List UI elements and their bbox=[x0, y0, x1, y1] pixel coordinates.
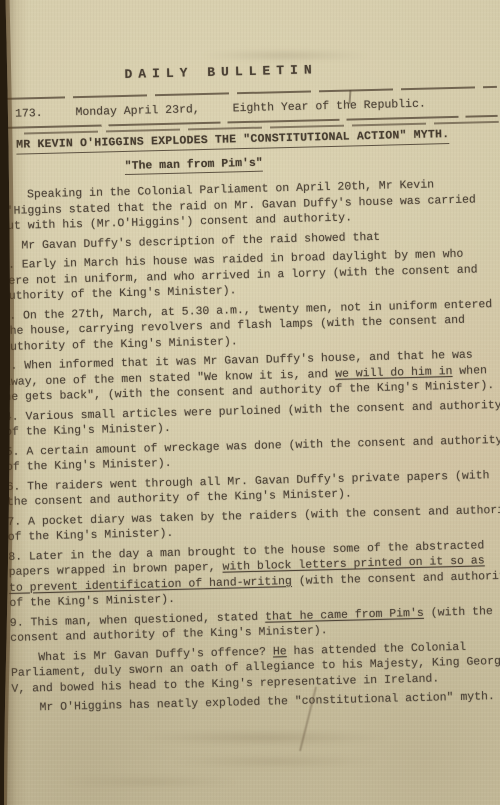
paragraph-segment: 7. A pocket diary was taken by the raide… bbox=[7, 503, 500, 544]
paragraph-segment: 5. A certain amount of wreckage was done… bbox=[6, 433, 500, 474]
masthead-title: DAILY BULLETIN bbox=[124, 62, 318, 82]
typewritten-sheet: DAILY BULLETIN No. 173. Monday April 23r… bbox=[0, 0, 500, 805]
paragraph-segment: we will do him in bbox=[335, 365, 453, 381]
issue-number: No. 173. bbox=[0, 107, 43, 121]
paragraph-segment: 2. On the 27th, March, at 5.30 a.m., twe… bbox=[2, 298, 492, 354]
document-page: DAILY BULLETIN No. 173. Monday April 23r… bbox=[0, 0, 500, 805]
paragraph-item-8: 8. Later in the day a man brought to the… bbox=[8, 537, 500, 612]
paragraph-item-2: 2. On the 27th, March, at 5.30 a.m., twe… bbox=[2, 296, 500, 355]
paragraph-segment: 6. The raiders went through all Mr. Gava… bbox=[6, 469, 489, 509]
paragraph-item-3: 3. When informed that it was Mr Gavan Du… bbox=[3, 346, 500, 405]
paragraph-segment: 4. Various small articles were purloined… bbox=[5, 398, 500, 439]
issue-date: Monday April 23rd, bbox=[75, 103, 200, 119]
paragraph-closing-1: What is Mr Gavan Duffy's offence? He has… bbox=[11, 638, 500, 697]
paragraph-segment: 1. Early in March his house was raided i… bbox=[1, 248, 478, 303]
issue-year: Eighth Year of the Republic. bbox=[232, 98, 425, 116]
paragraph-item-1: 1. Early in March his house was raided i… bbox=[1, 245, 500, 304]
paragraph-segment: He bbox=[273, 645, 287, 658]
bulletin-body: Speaking in the Colonial Parliament on A… bbox=[0, 175, 500, 720]
paragraph-segment: Speaking in the Colonial Parliament on A… bbox=[0, 178, 476, 233]
subheadline: "The man from Pim's" bbox=[125, 157, 263, 175]
paragraph-intro-1: Speaking in the Colonial Parliament on A… bbox=[0, 175, 500, 234]
paragraph-segment: that he came from Pim's bbox=[265, 606, 424, 623]
